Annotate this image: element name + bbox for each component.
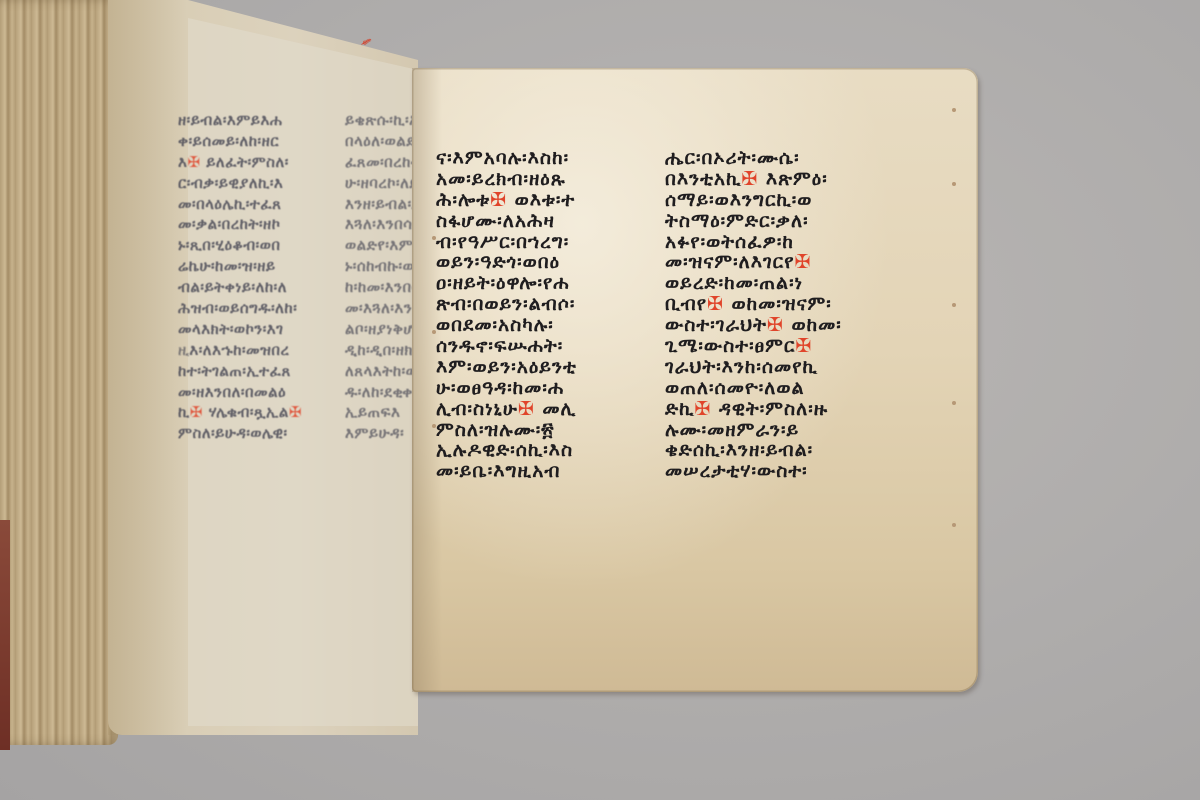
page-fore-edge-stack (0, 0, 118, 745)
text-line: መ፡ቃል፡በረከት፡ዘኮ (178, 214, 338, 235)
rubric-cross-icon: ✠ (518, 398, 535, 420)
text-line: ጊሜ፡ውስተ፡ፀምር✠ (665, 336, 842, 357)
text-line: ሔር፡በኦሪት፡ሙሴ፡ (665, 148, 842, 169)
pricking-mark (952, 108, 956, 112)
text-line: ኢሉዶዊድ፡ሰኪ፡እስ (436, 440, 577, 461)
text-line: ከተ፡ትገልጠ፡ኢተፈጸ (178, 361, 338, 382)
text-line: አመ፡ይረክብ፡ዘዕጹ (436, 169, 577, 190)
right-page: ና፡እምአባሉ፡እስከ፡ አመ፡ይረክብ፡ዘዕጹ ሕ፡ሎቱ✠ ወእቱ፡ተ ስፋሆ… (412, 68, 978, 692)
rubric-cross-icon: ✠ (707, 293, 724, 315)
text-line: በእንቲአኪ✠ እጽምዕ፡ (665, 169, 842, 190)
text-line: ወጠለ፡ሰመዮ፡ለወል (665, 378, 842, 399)
text-line: ትስማዕ፡ምድር፡ቃለ፡ (665, 211, 842, 232)
text-line: ቢብየ✠ ወከመ፡ዝናም፡ (665, 294, 842, 315)
pricking-mark (952, 523, 956, 527)
text-line: ዐ፡ዘይት፡ዕዋሎ፡የሐ (436, 273, 577, 294)
rubric-cross-icon: ✠ (694, 398, 711, 420)
text-line: ሉሙ፡መዘምራን፡ይ (665, 420, 842, 441)
rubric-cross-icon: ✠ (795, 335, 812, 357)
text-line: ሁ፡ወፀዓዳ፡ከመ፡ሐ (436, 378, 577, 399)
text-line: ዘ፡ይብል፡እምይእሐ (178, 110, 338, 131)
rubric-cross-icon: ✠ (767, 314, 784, 336)
right-page-column-2: ሔር፡በኦሪት፡ሙሴ፡ በእንቲአኪ✠ እጽምዕ፡ ሰማይ፡ወእንግርኪ፡ወ ት… (665, 148, 842, 482)
text-line: መ፡ይቤ፡እግዚአብ (436, 461, 577, 482)
rubric-cross-icon: ✠ (794, 251, 811, 273)
text-line: ብል፡ይትቀነይ፡ለከ፡ለ (178, 277, 338, 298)
rubric-cross-icon: ✠ (190, 403, 203, 421)
text-line: እ✠ ይለፈት፡ምስለ፡ (178, 152, 338, 173)
text-line: ር፡ብቃ፡ይዊያለኪ፡እ (178, 173, 338, 194)
text-line: ምስለ፡ይሁዳ፡ወሌዊ፡ (178, 423, 338, 444)
text-line: ሕዝብ፡ወይሰግዱ፡ለከ፡ (178, 298, 338, 319)
text-line: ወይን፡ዓድጎ፡ወበዕ (436, 252, 577, 273)
text-line: ወይረድ፡ከመ፡ጠል፡ነ (665, 273, 842, 294)
manuscript-photo: ⸙ ዘ፡ይብል፡እምይእሐ ቀ፡ይሰመይ፡ለከ፡ዘር እ✠ ይለፈት፡ምስለ፡ … (0, 0, 1200, 800)
text-line: መ፡ዘእንበለ፡በመልዕ (178, 382, 338, 403)
text-line: ቄድሰኪ፡እንዘ፡ይብል፡ (665, 440, 842, 461)
text-line: ኪ✠ ሃሌቁብ፡ጿኢል✠ (178, 402, 338, 423)
right-page-column-1: ና፡እምአባሉ፡እስከ፡ አመ፡ይረክብ፡ዘዕጹ ሕ፡ሎቱ✠ ወእቱ፡ተ ስፋሆ… (436, 148, 577, 482)
text-line: ብ፡የዓሥር፡በኀረግ፡ (436, 232, 577, 253)
pricking-mark (952, 303, 956, 307)
text-line: ሰማይ፡ወእንግርኪ፡ወ (665, 190, 842, 211)
rubric-cross-icon: ✠ (187, 153, 200, 171)
text-line: ዚእ፡ለእኁከ፡መዝበረ (178, 340, 338, 361)
left-page-column-a: ዘ፡ይብል፡እምይእሐ ቀ፡ይሰመይ፡ለከ፡ዘር እ✠ ይለፈት፡ምስለ፡ ር፡… (178, 110, 338, 444)
text-line: ስፋሆሙ፡ለአሕዛ (436, 211, 577, 232)
rubric-cross-icon: ✠ (289, 403, 302, 421)
text-line: መሠረታቲሃ፡ውስተ፡ (665, 461, 842, 482)
text-line: ሬኬሁ፡ከመ፡ዝ፡ዘይ (178, 256, 338, 277)
text-line: ድኪ✠ ዳዊት፡ምስለ፡ዙ (665, 399, 842, 420)
text-line: ገራህት፡እንከ፡ሰመየኪ (665, 357, 842, 378)
text-line: ምስለ፡ዝሉሙ፡፳ (436, 420, 577, 441)
text-line: ውስተ፡ገራህት✠ ወከመ፡ (665, 315, 842, 336)
red-leather-binding (0, 520, 10, 750)
text-line: ሰንዱኖ፡ፍሡሐት፡ (436, 336, 577, 357)
rubric-cross-icon: ✠ (490, 189, 507, 211)
text-line: መላእክት፡ወኮን፡እገ (178, 319, 338, 340)
text-line: አፉየ፡ወትሰፈዎ፡ከ (665, 232, 842, 253)
text-line: ና፡እምአባሉ፡እስከ፡ (436, 148, 577, 169)
text-line: ቀ፡ይሰመይ፡ለከ፡ዘር (178, 131, 338, 152)
text-line: ሕ፡ሎቱ✠ ወእቱ፡ተ (436, 190, 577, 211)
rubric-cross-icon: ✠ (741, 168, 758, 190)
text-line: ሊብ፡ስነኒሁ✠ መሊ (436, 399, 577, 420)
text-line: መ፡ዝናም፡ለእገርየ✠ (665, 252, 842, 273)
text-line: ወበደመ፡አስካሉ፡ (436, 315, 577, 336)
pricking-mark (952, 182, 956, 186)
text-line: ኑ፡ጺበ፡ሂዕቆብ፡ወበ (178, 235, 338, 256)
text-line: መ፡በላዕሌኪ፡ተፈጸ (178, 194, 338, 215)
text-line: እም፡ወይን፡አዕይንቲ (436, 357, 577, 378)
text-line: ጽብ፡በወይን፡ልብሶ፡ (436, 294, 577, 315)
pricking-mark (952, 401, 956, 405)
